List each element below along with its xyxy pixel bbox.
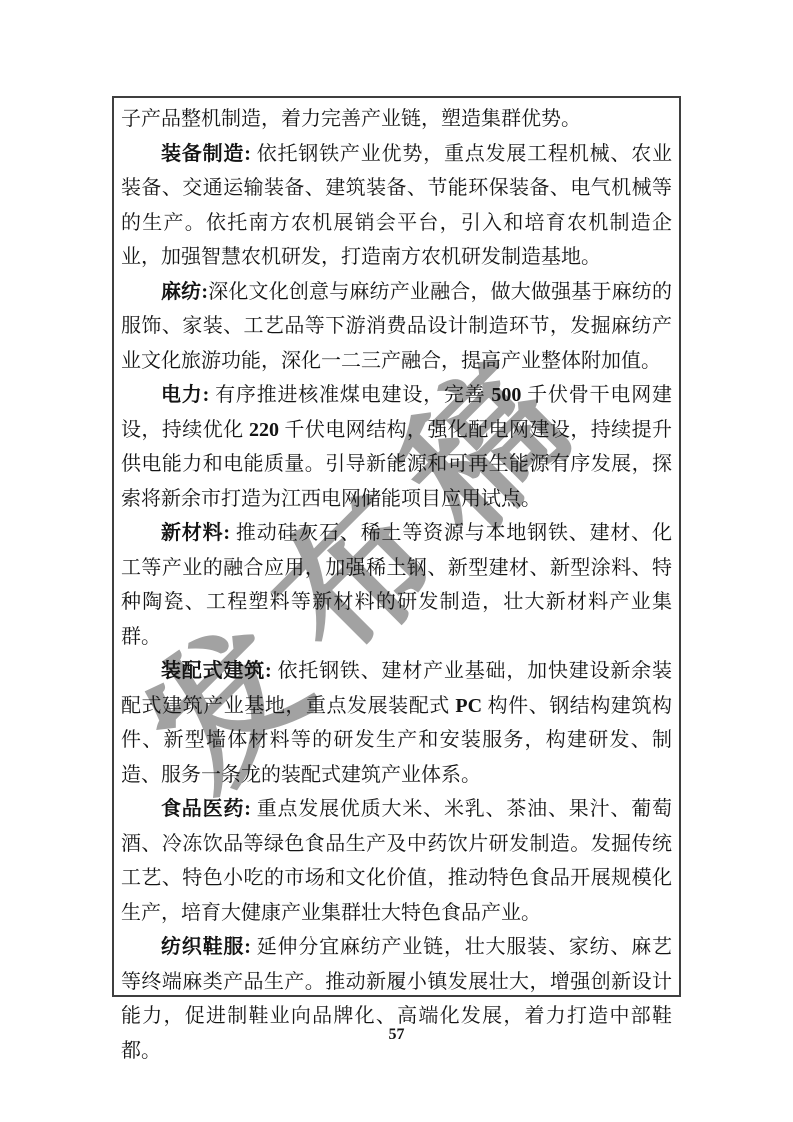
- paragraph-hemp-textile: 麻纺:深化文化创意与麻纺产业融合，做大做强基于麻纺的服饰、家装、工艺品等下游消费…: [121, 275, 672, 379]
- paragraph-heading: 纺织鞋服:: [161, 936, 251, 958]
- paragraph-heading: 食品医药:: [161, 798, 251, 820]
- document-page: 发布稿 子产品整机制造，着力完善产业链，塑造集群优势。 装备制造: 依托钢铁产业…: [0, 0, 793, 1122]
- paragraph-food-medicine: 食品医药: 重点发展优质大米、米乳、茶油、果汁、葡萄酒、冷冻饮品等绿色食品生产及…: [121, 792, 672, 930]
- paragraph-text: 有序推进核准煤电建设，完善: [209, 384, 491, 406]
- paragraph-electric-power: 电力: 有序推进核准煤电建设，完善 500 千伏骨干电网建设，持续优化 220 …: [121, 378, 672, 516]
- paragraph-bold-abbr: PC: [455, 695, 482, 717]
- paragraph-heading: 电力:: [161, 384, 209, 406]
- paragraph-new-materials: 新材料: 推动硅灰石、稀土等资源与本地钢铁、建材、化工等产业的融合应用，加强稀土…: [121, 516, 672, 654]
- paragraph-heading: 麻纺:: [161, 281, 208, 303]
- paragraph-heading: 装备制造:: [161, 143, 251, 165]
- paragraph-prefabricated-building: 装配式建筑: 依托钢铁、建材产业基础，加快建设新余装配式建筑产业基地，重点发展装…: [121, 654, 672, 792]
- content-border-box: 子产品整机制造，着力完善产业链，塑造集群优势。 装备制造: 依托钢铁产业优势，重…: [112, 96, 681, 997]
- paragraph-heading: 装配式建筑:: [161, 660, 272, 682]
- paragraph-bold-number: 220: [249, 419, 279, 441]
- paragraph-textile-footwear: 纺织鞋服: 延伸分宜麻纺产业链，壮大服装、家纺、麻艺等终端麻类产品生产。推动新履…: [121, 930, 672, 1068]
- paragraph-continuation: 子产品整机制造，着力完善产业链，塑造集群优势。: [121, 102, 672, 137]
- paragraph-text: 子产品整机制造，着力完善产业链，塑造集群优势。: [121, 108, 581, 130]
- page-number: 57: [0, 1026, 793, 1044]
- paragraph-equipment-manufacturing: 装备制造: 依托钢铁产业优势，重点发展工程机械、农业装备、交通运输装备、建筑装备…: [121, 137, 672, 275]
- paragraph-heading: 新材料:: [161, 522, 230, 544]
- paragraph-bold-number: 500: [491, 384, 521, 406]
